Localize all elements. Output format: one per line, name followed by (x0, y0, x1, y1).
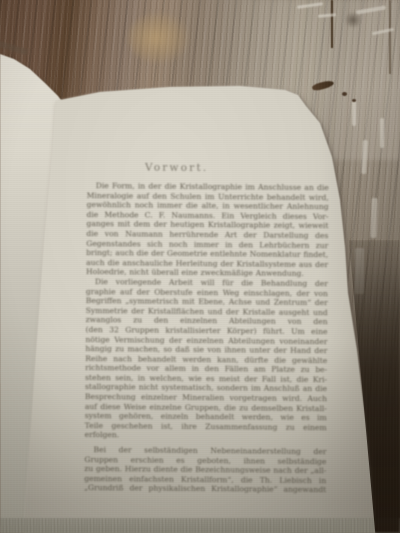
wood-speck (342, 92, 347, 96)
book-page: Vorwort. Die Form, in der die Kristallog… (0, 0, 400, 533)
paragraph: Die vorliegende Arbeit will für die Beha… (85, 277, 328, 442)
text-block: Vorwort. Die Form, in der die Kristallog… (84, 161, 329, 495)
text-line: „Grundriß der physikalischen Kristallogr… (84, 483, 326, 495)
paragraph: Die Form, in der die Kristallographie im… (86, 181, 329, 279)
paragraphs: Die Form, in der die Kristallographie im… (84, 181, 329, 495)
text-line: erfolgen. (85, 430, 327, 442)
paragraph: Bei der selbständigen Nebeneinanderstell… (84, 445, 326, 495)
photo-of-open-book: Vorwort. Die Form, in der die Kristallog… (0, 0, 400, 533)
wood-speck (352, 99, 356, 102)
book-page-wrap: Vorwort. Die Form, in der die Kristallog… (0, 0, 400, 533)
page-title: Vorwort. (145, 162, 329, 176)
shadow-band-bottom (0, 518, 400, 533)
